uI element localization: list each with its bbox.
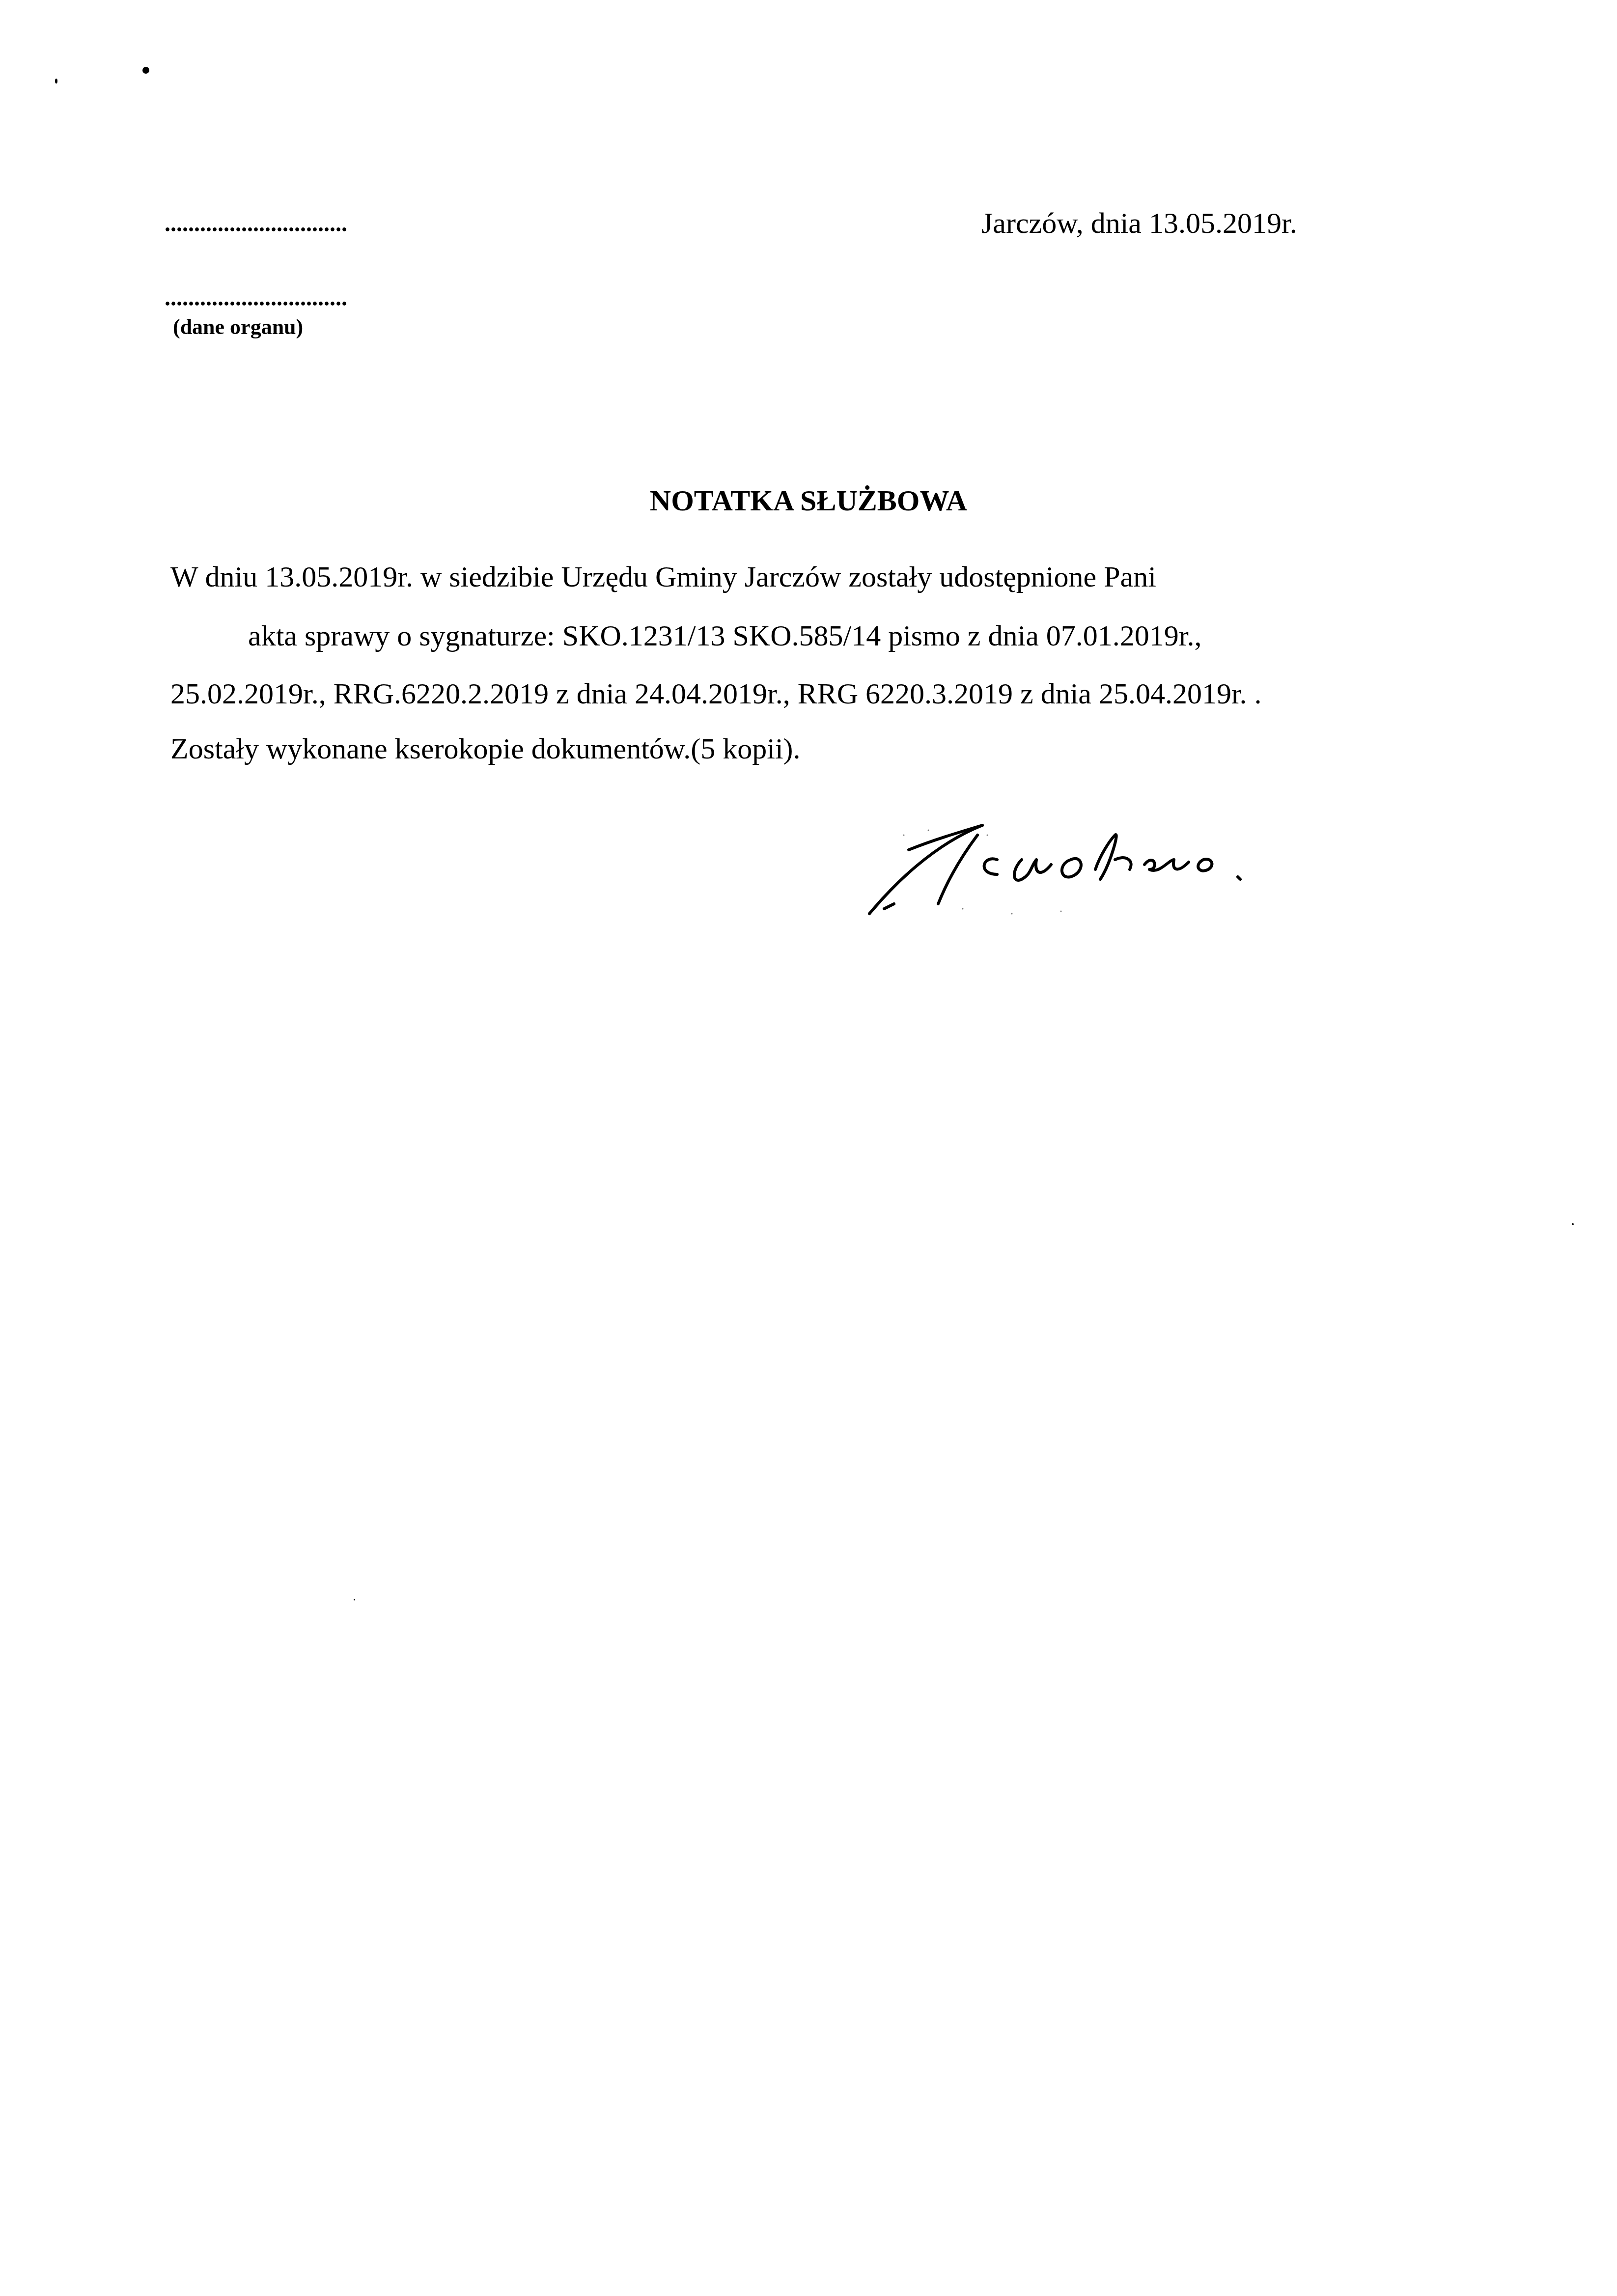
scan-speck	[142, 67, 149, 74]
body-line-2: akta sprawy o sygnaturze: SKO.1231/13 SK…	[248, 619, 1201, 653]
body-line-1: W dniu 13.05.2019r. w siedzibie Urzędu G…	[170, 560, 1156, 594]
body-line-4: Zostały wykonane kserokopie dokumentów.(…	[170, 732, 801, 766]
organ-line-1: ...............................	[165, 212, 347, 236]
document-title: NOTATKA SŁUŻBOWA	[0, 484, 1617, 518]
organ-caption: (dane organu)	[173, 314, 303, 339]
handwritten-signature-icon	[864, 806, 1267, 924]
organ-line-2: ...............................	[165, 286, 347, 310]
body-line-3: 25.02.2019r., RRG.6220.2.2019 z dnia 24.…	[170, 677, 1262, 711]
scan-speck	[55, 79, 57, 84]
place-date: Jarczów, dnia 13.05.2019r.	[981, 206, 1297, 240]
scan-speck	[354, 1599, 355, 1600]
scan-speck	[1572, 1223, 1574, 1225]
